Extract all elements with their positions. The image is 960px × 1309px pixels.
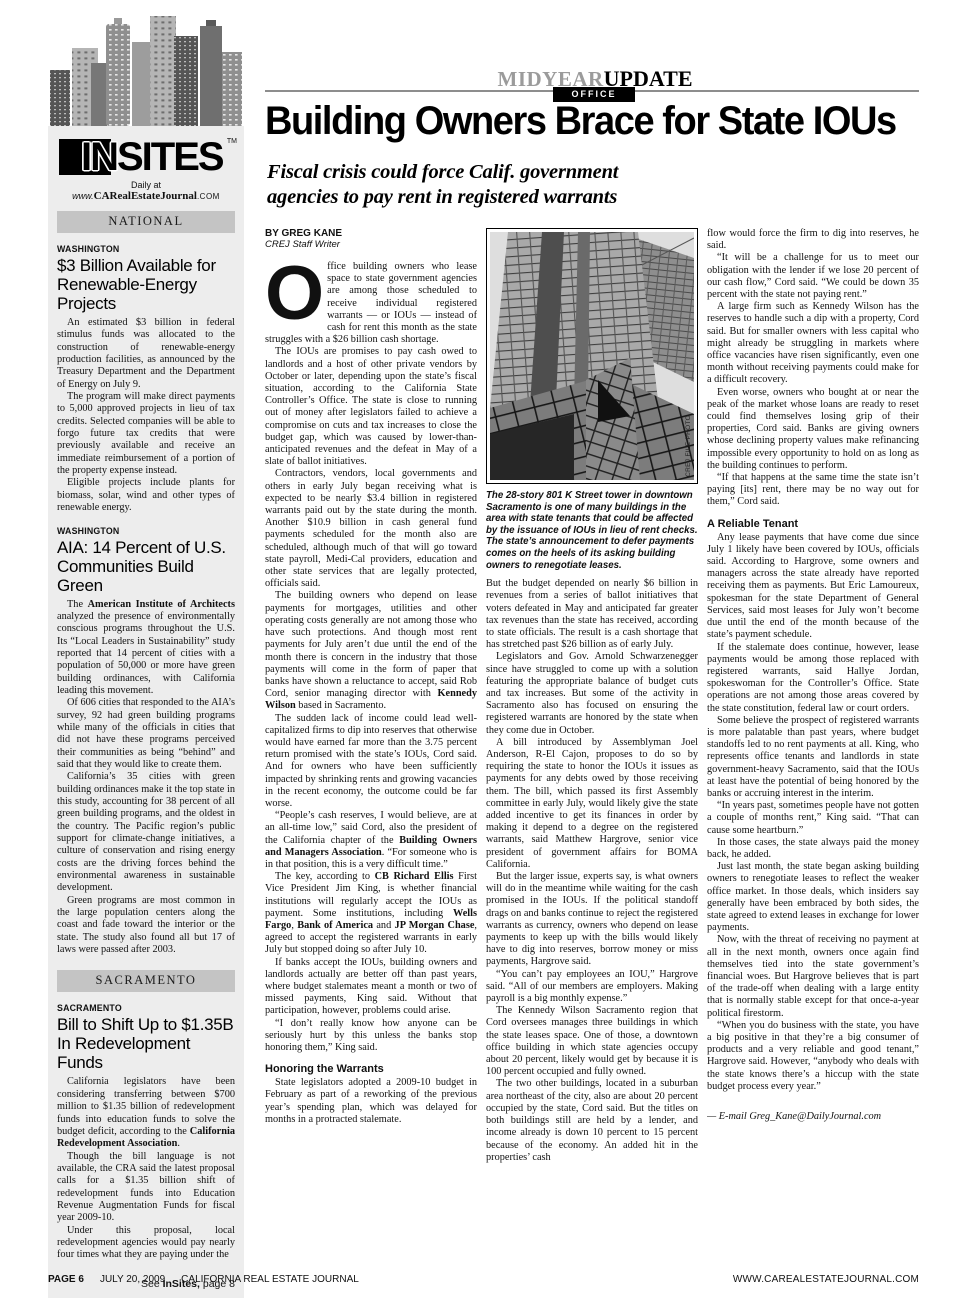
tagline-com: .COM bbox=[197, 192, 220, 201]
skyline-image bbox=[48, 8, 244, 126]
subheadline-line: Fiscal crisis could force Calif. governm… bbox=[267, 161, 618, 183]
story-paragraph: Though the bill language is not availabl… bbox=[57, 1151, 235, 1225]
footer-page-number: PAGE 6 bbox=[48, 1274, 84, 1285]
tagline-www: www. bbox=[72, 191, 94, 201]
headline-line: AIA: 14 Percent of U.S. bbox=[57, 538, 226, 557]
article-paragraph: The building owners who depend on lease … bbox=[265, 590, 477, 712]
story-kicker: SACRAMENTO bbox=[57, 1003, 235, 1013]
sidebar-panel: INSITES TM Daily at www.CARealEstateJour… bbox=[48, 126, 244, 1298]
byline-title: CREJ Staff Writer bbox=[265, 239, 477, 250]
photo-caption: The 28-story 801 K Street tower in downt… bbox=[486, 490, 698, 571]
footer-website: WWW.CAREALESTATEJOURNAL.COM bbox=[733, 1274, 919, 1285]
article-paragraph: “You can’t pay employees an IOU,” Hargro… bbox=[486, 969, 698, 1006]
section-bar-national: NATIONAL bbox=[57, 211, 235, 233]
article-subhead: Honoring the Warrants bbox=[265, 1063, 477, 1075]
article-paragraph: The two other buildings, located in a su… bbox=[486, 1078, 698, 1163]
article-paragraph: “People’s cash reserves, I would believe… bbox=[265, 810, 477, 871]
article-subhead: A Reliable Tenant bbox=[707, 518, 919, 530]
article-paragraph: The IOUs are promises to pay cash owed t… bbox=[265, 346, 477, 468]
footer-date: JULY 20, 2009 bbox=[100, 1274, 165, 1285]
article-column-1: BY GREG KANE CREJ Staff Writer Office bu… bbox=[265, 228, 477, 1270]
headline-line: Renewable-Energy Projects bbox=[57, 275, 197, 313]
headline-line: Communities Build Green bbox=[57, 557, 194, 595]
article-paragraph: Office building owners who lease space t… bbox=[265, 261, 477, 346]
building-photo: CREJ FILE PHOTO bbox=[486, 228, 698, 484]
story-kicker: WASHINGTON bbox=[57, 526, 235, 536]
article-paragraph: But the budget depended on nearly $6 bil… bbox=[486, 578, 698, 651]
story-paragraph: An estimated $3 billion in federal stimu… bbox=[57, 317, 235, 391]
story-paragraph: Eligible projects include plants for bio… bbox=[57, 477, 235, 514]
article-paragraph: Contractors, vendors, local governments … bbox=[265, 468, 477, 590]
story-paragraph: Of 606 cities that responded to the AIA’… bbox=[57, 697, 235, 771]
article-paragraph: If the stalemate does continue, however,… bbox=[707, 642, 919, 715]
article-paragraph: The Kennedy Wilson Sacramento region tha… bbox=[486, 1005, 698, 1078]
main-headline: Building Owners Brace for State IOUs bbox=[265, 99, 896, 144]
article-column-3: flow would force the firm to dig into re… bbox=[707, 228, 919, 1270]
article-paragraph: If banks accept the IOUs, building owner… bbox=[265, 957, 477, 1018]
tagline-prefix: Daily at bbox=[131, 180, 161, 190]
building-photo-image bbox=[490, 232, 694, 480]
article-paragraph: State legislators adopted a 2009-10 budg… bbox=[265, 1077, 477, 1126]
article-paragraph: The sudden lack of income could lead wel… bbox=[265, 713, 477, 811]
article-paragraph: “If that happens at the same time the st… bbox=[707, 472, 919, 509]
headline-line: Bill to Shift Up to $1.35B bbox=[57, 1015, 233, 1034]
article-paragraph: “It will be a challenge for us to meet o… bbox=[707, 252, 919, 301]
article-columns: BY GREG KANE CREJ Staff Writer Office bu… bbox=[265, 228, 919, 1270]
article-column-2: CREJ FILE PHOTO The 28-story 801 K Stree… bbox=[486, 228, 698, 1270]
photo-credit: CREJ FILE PHOTO bbox=[685, 415, 692, 477]
article-paragraph: Just last month, the state began asking … bbox=[707, 861, 919, 934]
article-paragraph: The key, according to CB Richard Ellis F… bbox=[265, 871, 477, 956]
story-headline: $3 Billion Available forRenewable-Energy… bbox=[57, 256, 235, 313]
story-paragraph: The American Institute of Architects ana… bbox=[57, 599, 235, 698]
article-paragraph: “I don’t really know how anyone can be s… bbox=[265, 1018, 477, 1055]
story-paragraph: California’s 35 cities with green buildi… bbox=[57, 771, 235, 894]
headline-line: $3 Billion Available for bbox=[57, 256, 216, 275]
article-paragraph: In those cases, the state always paid th… bbox=[707, 837, 919, 861]
sidebar-story-3: SACRAMENTO Bill to Shift Up to $1.35BIn … bbox=[57, 1003, 235, 1261]
article-paragraph: But the larger issue, experts say, is wh… bbox=[486, 871, 698, 969]
email-signoff: — E-mail Greg_Kane@DailyJournal.com bbox=[707, 1111, 919, 1123]
article-paragraph: A bill introduced by Assemblyman Joel An… bbox=[486, 737, 698, 871]
logo-sites: SITES bbox=[117, 135, 223, 179]
sub-headline: Fiscal crisis could force Calif. governm… bbox=[267, 160, 618, 210]
story-paragraph: Under this proposal, local redevelopment… bbox=[57, 1225, 235, 1262]
tagline-domain: CARealEstateJournal bbox=[94, 190, 197, 202]
sidebar-story-1: WASHINGTON $3 Billion Available forRenew… bbox=[57, 244, 235, 515]
dropcap: O bbox=[265, 264, 321, 324]
article-paragraph: “When you do business with the state, yo… bbox=[707, 1020, 919, 1093]
article-paragraph: Some believe the prospect of registered … bbox=[707, 715, 919, 800]
sidebar-story-2: WASHINGTON AIA: 14 Percent of U.S.Commun… bbox=[57, 526, 235, 957]
headline-line: In Redevelopment Funds bbox=[57, 1034, 190, 1072]
logo-in: IN bbox=[81, 135, 117, 179]
article-paragraph: Any lease payments that have come due si… bbox=[707, 532, 919, 642]
article-paragraph: Even worse, owners who bought at or near… bbox=[707, 387, 919, 472]
section-bar-sacramento: SACRAMENTO bbox=[57, 970, 235, 992]
masthead-tagline: Daily at www.CARealEstateJournal.COM bbox=[57, 180, 235, 202]
article-paragraph: Legislators and Gov. Arnold Schwarzenegg… bbox=[486, 651, 698, 736]
article-paragraph: Now, with the threat of receiving no pay… bbox=[707, 934, 919, 1019]
story-paragraph: California legislators have been conside… bbox=[57, 1076, 235, 1150]
story-kicker: WASHINGTON bbox=[57, 244, 235, 254]
byline: BY GREG KANE bbox=[265, 228, 477, 239]
insites-logo: INSITES TM bbox=[57, 136, 235, 178]
story-headline: Bill to Shift Up to $1.35BIn Redevelopme… bbox=[57, 1015, 235, 1072]
story-headline: AIA: 14 Percent of U.S.Communities Build… bbox=[57, 538, 235, 595]
sidebar: INSITES TM Daily at www.CARealEstateJour… bbox=[48, 8, 244, 1298]
footer-publication: CALIFORNIA REAL ESTATE JOURNAL bbox=[181, 1274, 359, 1285]
article-paragraph: A large firm such as Kennedy Wilson has … bbox=[707, 301, 919, 386]
story-paragraph: Green programs are most common in the la… bbox=[57, 895, 235, 957]
story-paragraph: The program will make direct payments to… bbox=[57, 391, 235, 477]
logo-wordmark: INSITES bbox=[81, 136, 223, 178]
trademark-symbol: TM bbox=[227, 138, 237, 145]
page-footer: PAGE 6 JULY 20, 2009 CALIFORNIA REAL EST… bbox=[48, 1274, 919, 1285]
article-paragraph: “In years past, sometimes people have no… bbox=[707, 800, 919, 837]
subheadline-line: agencies to pay rent in registered warra… bbox=[267, 186, 617, 208]
article-paragraph: flow would force the firm to dig into re… bbox=[707, 228, 919, 252]
